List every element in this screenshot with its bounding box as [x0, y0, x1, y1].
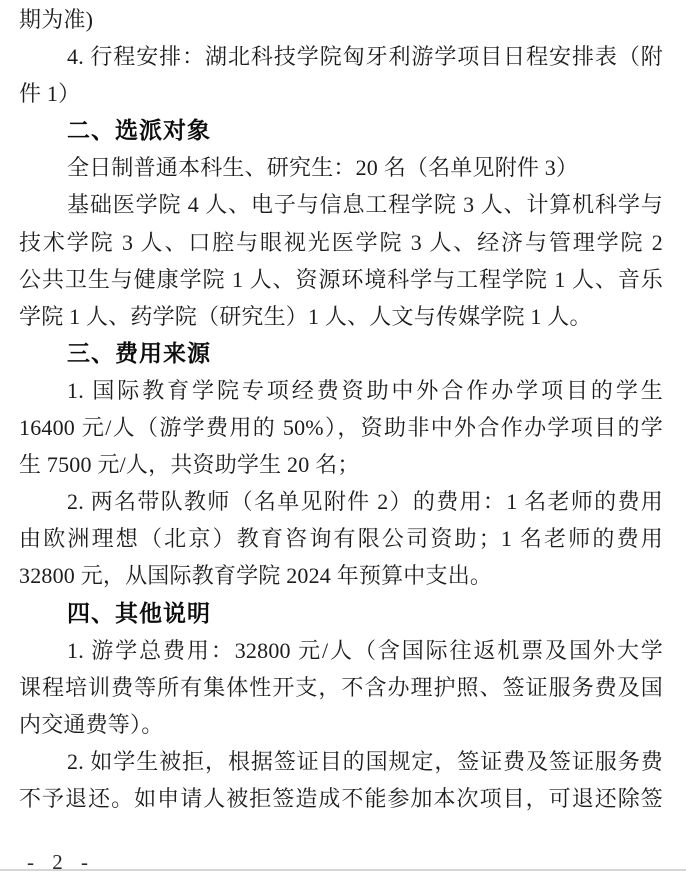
text-line: 32800 元，从国际教育学院 2024 年预算中支出。 [19, 557, 663, 594]
text-line: 1. 游学总费用：32800 元/人（含国际往返机票及国外大学 [19, 632, 663, 669]
document-page: 期为准)4. 行程安排：湖北科技学院匈牙利游学项目日程安排表（附件 1）二、选派… [0, 0, 686, 889]
text-line: 1. 国际教育学院专项经费资助中外合作办学项目的学生 [19, 372, 663, 409]
section-heading: 四、其他说明 [19, 595, 663, 632]
text-line: 不予退还。如申请人被拒签造成不能参加本次项目，可退还除签 [19, 780, 663, 817]
section-heading: 二、选派对象 [19, 112, 663, 149]
text-line: 期为准) [19, 1, 663, 38]
scan-artifact-line [0, 869, 686, 871]
text-line: 2. 如学生被拒，根据签证目的国规定，签证费及签证服务费 [19, 743, 663, 780]
text-line: 基础医学院 4 人、电子与信息工程学院 3 人、计算机科学与 [19, 186, 663, 223]
section-heading: 三、费用来源 [19, 335, 663, 372]
text-line: 学院 1 人、药学院（研究生）1 人、人文与传媒学院 1 人。 [19, 298, 663, 335]
document-body: 期为准)4. 行程安排：湖北科技学院匈牙利游学项目日程安排表（附件 1）二、选派… [19, 1, 663, 817]
text-line: 16400 元/人（游学费用的 50%），资助非中外合作办学项目的学 [19, 409, 663, 446]
text-line: 全日制普通本科生、研究生：20 名（名单见附件 3） [19, 149, 663, 186]
text-line: 内交通费等）。 [19, 706, 663, 743]
text-line: 技术学院 3 人、口腔与眼视光医学院 3 人、经济与管理学院 2 人、 [19, 224, 663, 261]
text-line: 生 7500 元/人，共资助学生 20 名； [19, 446, 663, 483]
text-line: 件 1） [19, 75, 663, 112]
page-number: - 2 - [27, 850, 92, 875]
text-line: 课程培训费等所有集体性开支，不含办理护照、签证服务费及国 [19, 669, 663, 706]
text-line: 4. 行程安排：湖北科技学院匈牙利游学项目日程安排表（附 [19, 38, 663, 75]
text-line: 由欧洲理想（北京）教育咨询有限公司资助；1 名老师的费用 [19, 520, 663, 557]
text-line: 公共卫生与健康学院 1 人、资源环境科学与工程学院 1 人、音乐 [19, 261, 663, 298]
text-line: 2. 两名带队教师（名单见附件 2）的费用：1 名老师的费用 [19, 483, 663, 520]
